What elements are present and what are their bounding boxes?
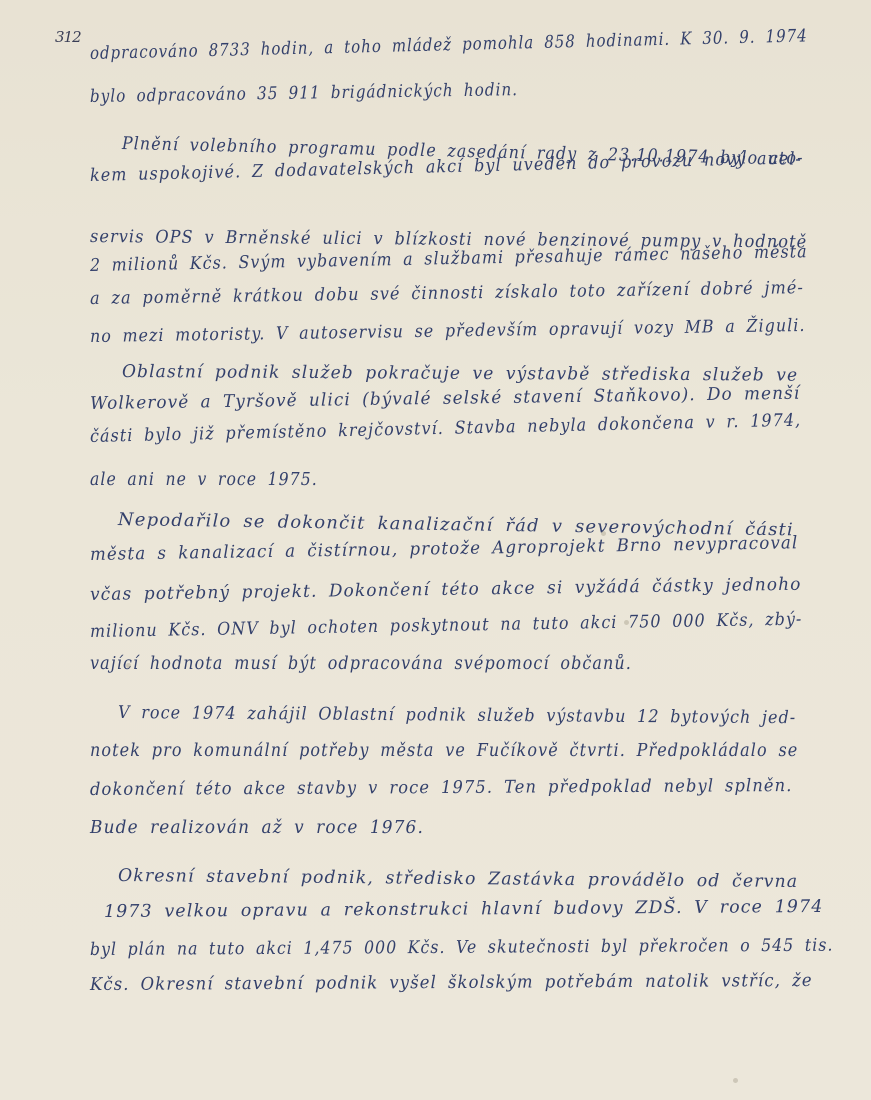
text-line: no mezi motoristy. V autoservisu se před… (90, 316, 806, 347)
text-line: Wolkerově a Tyršově ulici (bývalé selské… (90, 384, 801, 414)
document-page: 312 odpracováno 8733 hodin, a toho mláde… (0, 0, 871, 1100)
text-line: Okresní stavební podnik, středisko Zastá… (118, 866, 798, 892)
text-line: včas potřebný projekt. Dokončení této ak… (90, 575, 802, 605)
text-line: Bude realizován až v roce 1976. (90, 818, 424, 838)
text-line: Oblastní podnik služeb pokračuje ve výst… (122, 362, 798, 386)
text-line: Kčs. Okresní stavební podnik vyšel škols… (90, 971, 813, 995)
paper-stain (624, 620, 629, 625)
text-line: odpracováno 8733 hodin, a toho mládež po… (90, 26, 808, 64)
text-line: milionu Kčs. ONV byl ochoten poskytnout … (90, 610, 803, 642)
text-line: notek pro komunální potřeby města ve Fuč… (90, 741, 798, 761)
text-line: dokončení této akce stavby v roce 1975. … (90, 776, 793, 800)
text-line: V roce 1974 zahájil Oblastní podnik služ… (118, 703, 796, 728)
text-line: ale ani ne v roce 1975. (90, 470, 318, 490)
page-number: 312 (55, 28, 81, 46)
paper-stain (733, 1078, 738, 1083)
text-line: bylo odpracováno 35 911 brigádnických ho… (90, 80, 518, 107)
text-line: vající hodnota musí být odpracována svép… (90, 654, 632, 674)
text-line: 1973 velkou opravu a rekonstrukci hlavní… (104, 897, 824, 922)
paper-stain (601, 531, 606, 536)
text-line: části bylo již přemístěno krejčovství. S… (90, 411, 802, 447)
paper-stain (126, 663, 131, 668)
text-line: města s kanalizací a čistírnou, protože … (90, 533, 799, 565)
text-line: byl plán na tuto akci 1,475 000 Kčs. Ve … (90, 936, 834, 960)
text-line: a za poměrně krátkou dobu své činnosti z… (90, 278, 804, 309)
